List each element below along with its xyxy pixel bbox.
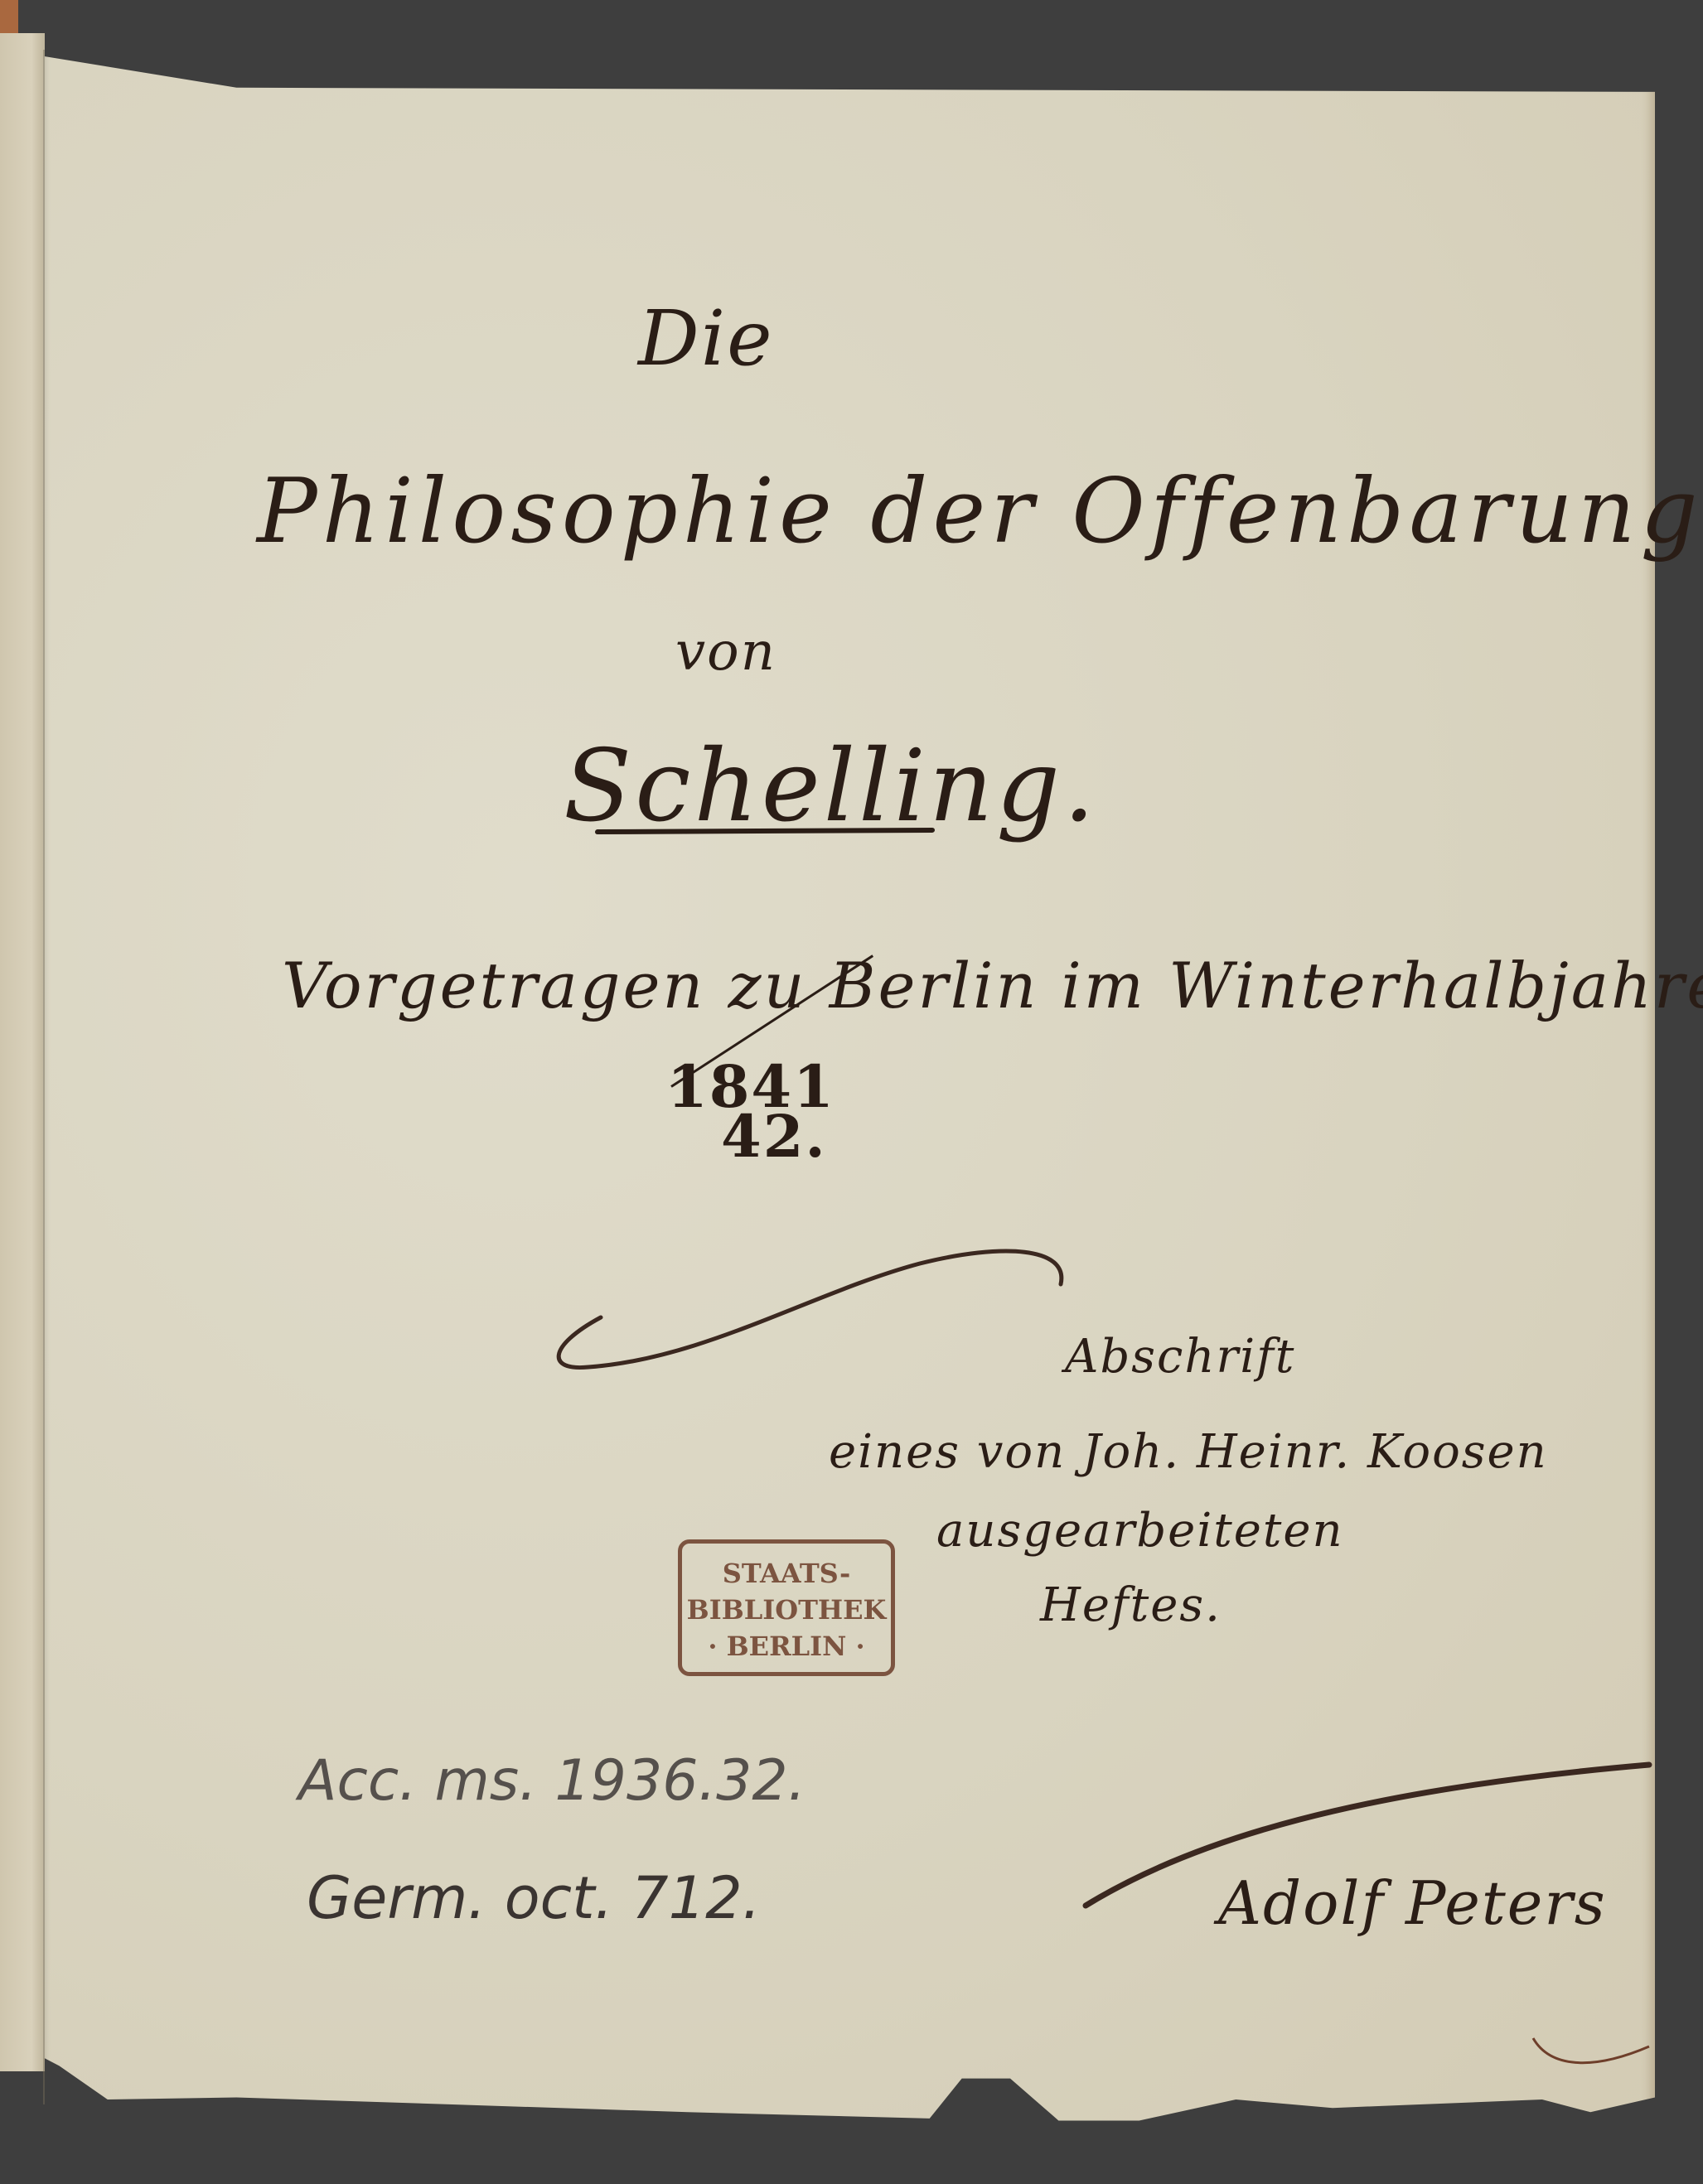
stamp-line-1: STAATS- [682,1555,891,1592]
decorative-flourish-icon [539,1201,1077,1392]
title-main: Philosophie der Offenbarung [257,460,1703,563]
author-name: Schelling. [564,729,1098,844]
note-line-3: ausgearbeiteten [936,1504,1344,1558]
stamp-line-3: · BERLIN · [682,1628,891,1665]
library-stamp: STAATS- BIBLIOTHEK · BERLIN · [678,1539,895,1676]
accession-number: Acc. ms. 1936.32. [298,1748,806,1814]
previous-leaf-edge [0,33,45,2071]
lecture-subtitle: Vorgetragen zu Berlin im Winterhalbjahre [282,949,1703,1022]
note-line-1: Abschrift [1065,1330,1295,1384]
binding-corner [0,0,18,33]
shelfmark: Germ. oct. 712. [307,1864,761,1932]
bottom-ink-curl-icon [1409,2022,1657,2088]
scan-background: Die Philosophie der Offenbarung von Sche… [0,0,1703,2184]
owner-signature: Adolf Peters [1218,1868,1607,1938]
note-line-2: eines von Joh. Heinr. Koosen [829,1425,1548,1479]
gutter-line [43,50,45,2104]
title-von: von [675,621,777,683]
stamp-line-2: BIBLIOTHEK [682,1592,891,1628]
year-bottom: 42. [721,1102,827,1171]
title-line-die: Die [638,294,774,383]
note-line-4: Heftes. [1040,1578,1222,1632]
